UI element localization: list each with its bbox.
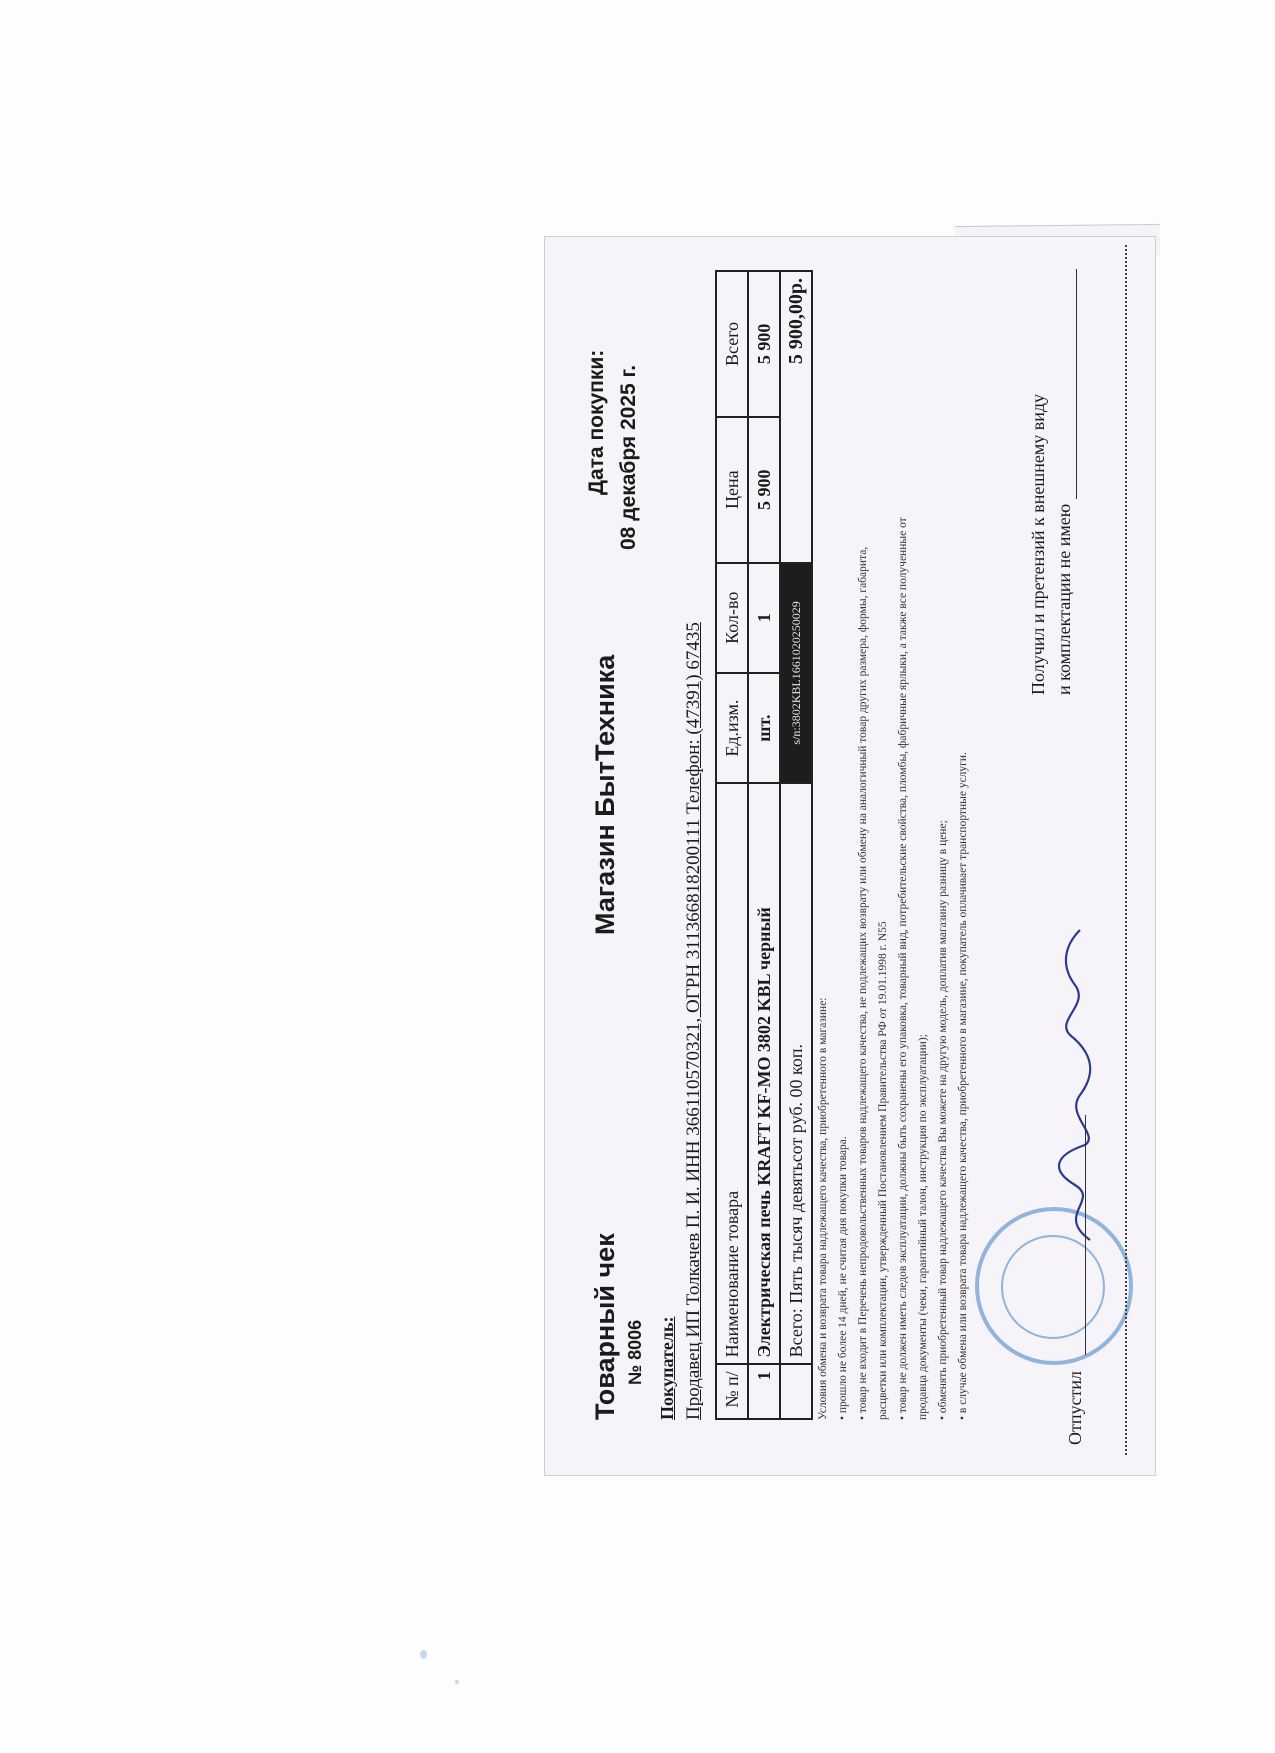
terms-line: расцветки или комплектации, утвержденный… — [873, 270, 893, 1420]
items-table: № п/ Наименование товара Ед.изм. Кол-во … — [715, 270, 813, 1420]
receipt-title: Товарный чек — [590, 1233, 621, 1420]
row-no: 1 — [748, 1364, 780, 1419]
signature — [1045, 925, 1105, 1245]
row-unit: шт. — [748, 673, 780, 783]
sales-receipt: Товарный чек Магазин БытТехника Дата пок… — [545, 245, 1145, 1475]
terms-line: продавца документы (чеки, гарантийный та… — [913, 270, 933, 1420]
total-in-words: Всего: Пять тысяч девятьсот руб. 00 коп. — [780, 783, 812, 1364]
tear-line — [1125, 245, 1127, 1455]
table-header-row: № п/ Наименование товара Ед.изм. Кол-во … — [716, 271, 748, 1419]
row-name: Электрическая печь KRAFT KF-MO 3802 KBL … — [748, 783, 780, 1364]
header-name: Наименование товара — [716, 783, 748, 1364]
total-row: Всего: Пять тысяч девятьсот руб. 00 коп.… — [780, 271, 812, 1419]
header-unit: Ед.изм. — [716, 673, 748, 783]
row-total: 5 900 — [748, 271, 780, 417]
header-no: № п/ — [716, 1364, 748, 1419]
header-qty: Кол-во — [716, 563, 748, 673]
empty-cell — [780, 1364, 812, 1419]
seller-info: Продавец ИП Толкачев П. И. ИНН 366110570… — [683, 622, 705, 1420]
seal-inner-ring — [1001, 1235, 1105, 1339]
terms-line: • в случае обмена или возврата товара на… — [953, 270, 973, 1420]
row-price: 5 900 — [748, 417, 780, 563]
scan-speck — [455, 1680, 459, 1684]
table-row: 1 Электрическая печь KRAFT KF-MO 3802 KB… — [748, 271, 780, 1419]
terms-line: • обменять приобретенный товар надлежаще… — [933, 270, 953, 1420]
terms-line: • прошло не более 14 дней, не считая дня… — [833, 270, 853, 1420]
store-name: Магазин БытТехника — [590, 655, 621, 935]
terms-line: • товар не входит в Перечень непродоволь… — [853, 270, 873, 1420]
terms-line: Условия обмена и возврата товара надлежа… — [813, 270, 833, 1420]
row-qty: 1 — [748, 563, 780, 673]
terms-line: • товар не должен иметь следов эксплуата… — [893, 270, 913, 1420]
buyer-signature-line — [1058, 269, 1077, 499]
receipt-number: № 8006 — [625, 1320, 646, 1385]
serial-number: s/n:3802KBL1661020250029 — [780, 563, 812, 784]
scan-speck — [420, 1650, 427, 1659]
purchase-date: 08 декабря 2025 г. — [617, 365, 641, 550]
date-label: Дата покупки: — [585, 350, 609, 495]
received-statement: Получил и претензий к внешнему виду и ко… — [1025, 269, 1077, 695]
released-label: Отпустил — [1065, 1371, 1086, 1445]
buyer-label: Покупатель: — [657, 1317, 678, 1420]
received-line-1: Получил и претензий к внешнему виду — [1025, 269, 1051, 695]
header-total: Всего — [716, 271, 748, 417]
header-price: Цена — [716, 417, 748, 563]
released-signature-line — [1085, 1115, 1086, 1355]
return-terms: Условия обмена и возврата товара надлежа… — [813, 270, 973, 1420]
received-line-2: и комплектации не имею — [1054, 504, 1074, 695]
grand-total: 5 900,00р. — [780, 271, 812, 563]
